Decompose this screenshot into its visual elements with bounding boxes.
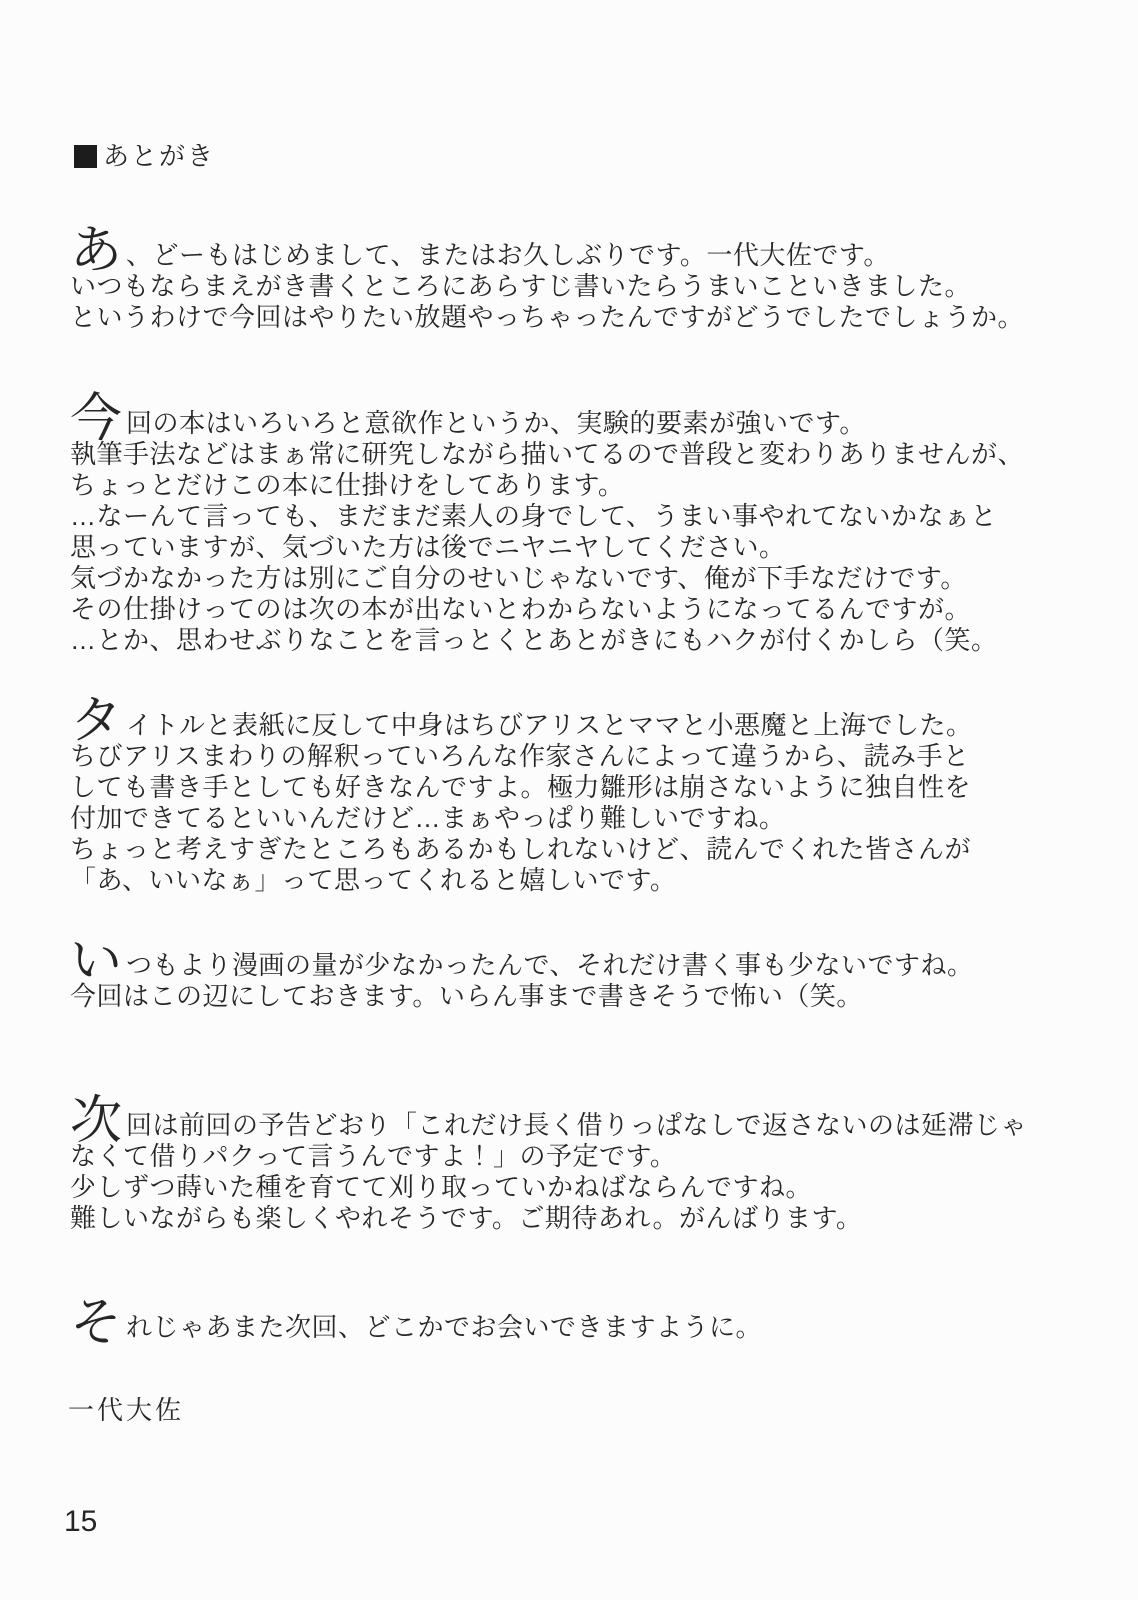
section-marker-square-icon (74, 145, 97, 168)
paragraph-first-line: れじゃあまた次回、どこかでお会いできますように。 (126, 1312, 762, 1342)
paragraph-body: 今回はこの辺にしておきます。いらん事まで書きそうで怖い（笑。 (70, 981, 1080, 1012)
paragraph-first-line: 回は前回の予告どおり「これだけ長く借りっぱなしで返さないのは延滞じゃ (126, 1110, 1027, 1140)
paragraph-title-and-cover: タイトルと表紙に反して中身はちびアリスとママと小悪魔と上海でした。 ちびアリスま… (70, 710, 1080, 896)
paragraph-body: ちびアリスまわりの解釈っていろんな作家さんによって違うから、読み手と しても書き… (70, 741, 1080, 896)
paragraph-first-line: イトルと表紙に反して中身はちびアリスとママと小悪魔と上海でした。 (126, 710, 972, 740)
paragraph-about-book: 今回の本はいろいろと意欲作というか、実験的要素が強いです。 執筆手法などはまぁ常… (70, 408, 1080, 656)
paragraph-greeting: あ、どーもはじめまして、またはお久しぶりです。一代大佐です。 いつもならまえがき… (70, 240, 1080, 333)
paragraph-initial: そ (70, 1294, 126, 1352)
afterword-page: あとがき あ、どーもはじめまして、またはお久しぶりです。一代大佐です。 いつもな… (0, 0, 1138, 1600)
paragraph-farewell: それじゃあまた次回、どこかでお会いできますように。 (70, 1312, 1080, 1343)
paragraph-body: 執筆手法などはまぁ常に研究しながら描いてるので普段と変わりありませんが、 ちょっ… (70, 439, 1080, 656)
paragraph-first-line: つもより漫画の量が少なかったんで、それだけ書く事も少ないですね。 (126, 950, 973, 980)
section-header: あとがき (74, 140, 215, 172)
paragraph-body: なくて借りパクって言うんですよ！」の予定です。 少しずつ蒔いた種を育てて刈り取っ… (70, 1141, 1080, 1234)
paragraph-first-line: 、どーもはじめまして、またはお久しぶりです。一代大佐です。 (126, 240, 890, 270)
page-number: 15 (64, 1505, 97, 1539)
paragraph-body: いつもならまえがき書くところにあらすじ書いたらうまいこといきました。 というわけ… (70, 271, 1080, 333)
paragraph-next-issue: 次回は前回の予告どおり「これだけ長く借りっぱなしで返さないのは延滞じゃ なくて借… (70, 1110, 1080, 1234)
paragraph-first-line: 回の本はいろいろと意欲作というか、実験的要素が強いです。 (126, 408, 866, 438)
author-signature: 一代大佐 (68, 1390, 184, 1427)
paragraph-less-manga: いつもより漫画の量が少なかったんで、それだけ書く事も少ないですね。 今回はこの辺… (70, 950, 1080, 1012)
section-title: あとがき (103, 140, 215, 172)
